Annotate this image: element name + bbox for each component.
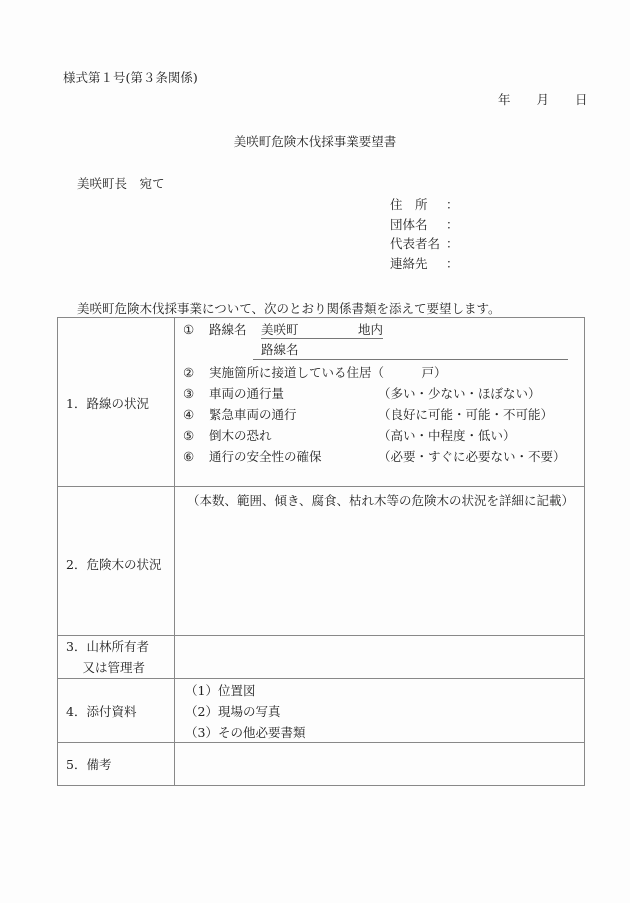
falling-risk-line[interactable]: ⑤倒木の恐れ （高い・中程度・低い） (183, 426, 583, 446)
form-id: 様式第１号(第３条関係) (63, 68, 198, 86)
emergency-vehicle-line[interactable]: ④緊急車両の通行 （良好に可能・可能・不可能） (183, 405, 583, 425)
table-row-hazard-tree-status: 2．危険木の状況 （本数、範囲、傾き、腐食、枯れ木等の危険木の状況を詳細に記載） (58, 487, 584, 636)
row-label: 2．危険木の状況 (58, 487, 175, 635)
applicant-address-field[interactable]: 住 所： (390, 195, 459, 215)
row-label: 3．山林所有者 又は管理者 (58, 636, 175, 678)
table-row-route-status: 1．路線の状況 ①路線名 美咲町 地内 路線名 ②実施箇所に接道している住居（ … (58, 318, 584, 487)
intro-text: 美咲町危険木伐採事業について、次のとおり関係書類を添えて要望します。 (77, 299, 501, 317)
remarks-input[interactable] (175, 743, 584, 785)
applicant-group-field[interactable]: 団体名： (390, 215, 459, 235)
date-year[interactable]: 年 (498, 90, 511, 108)
route-name-line: ①路線名 美咲町 地内 (183, 320, 247, 340)
date-field: 年 月 日 (498, 90, 588, 108)
attachment-item: （3）その他必要書類 (185, 723, 305, 741)
row-label: 5．備考 (58, 743, 175, 785)
attachment-item: （2）現場の写真 (185, 702, 280, 720)
date-month[interactable]: 月 (537, 90, 550, 108)
document-title: 美咲町危険木伐採事業要望書 (0, 132, 630, 150)
addressee: 美咲町長 宛て (77, 174, 165, 192)
table-row-attachments: 4．添付資料 （1）位置図 （2）現場の写真 （3）その他必要書類 (58, 679, 584, 743)
date-day[interactable]: 日 (575, 90, 588, 108)
attachments-list: （1）位置図 （2）現場の写真 （3）その他必要書類 (175, 679, 584, 742)
safety-line[interactable]: ⑥通行の安全性の確保 （必要・すぐに必要ない・不要） (183, 447, 583, 467)
route-status-content: ①路線名 美咲町 地内 路線名 ②実施箇所に接道している住居（ 戸） ③車両の通… (175, 318, 584, 486)
request-table: 1．路線の状況 ①路線名 美咲町 地内 路線名 ②実施箇所に接道している住居（ … (57, 317, 585, 786)
route-town-input[interactable]: 美咲町 地内 (261, 320, 383, 339)
applicant-info: 住 所： 団体名： 代表者名： 連絡先： (390, 195, 459, 273)
table-row-remarks: 5．備考 (58, 743, 584, 786)
forest-owner-input[interactable] (175, 636, 584, 678)
applicant-representative-field[interactable]: 代表者名： (390, 234, 459, 254)
applicant-contact-field[interactable]: 連絡先： (390, 254, 459, 274)
row-label: 1．路線の状況 (58, 318, 175, 486)
traffic-volume-line[interactable]: ③車両の通行量 （多い・少ない・ほぼない） (183, 384, 583, 404)
residences-line[interactable]: ②実施箇所に接道している住居（ 戸） (183, 363, 447, 383)
hazard-tree-input[interactable]: （本数、範囲、傾き、腐食、枯れ木等の危険木の状況を詳細に記載） (175, 487, 584, 635)
table-row-forest-owner: 3．山林所有者 又は管理者 (58, 636, 584, 679)
hazard-tree-note: （本数、範囲、傾き、腐食、枯れ木等の危険木の状況を詳細に記載） (187, 491, 574, 509)
attachment-item: （1）位置図 (185, 681, 255, 699)
route-name-input[interactable] (253, 341, 568, 360)
row-label: 4．添付資料 (58, 679, 175, 742)
